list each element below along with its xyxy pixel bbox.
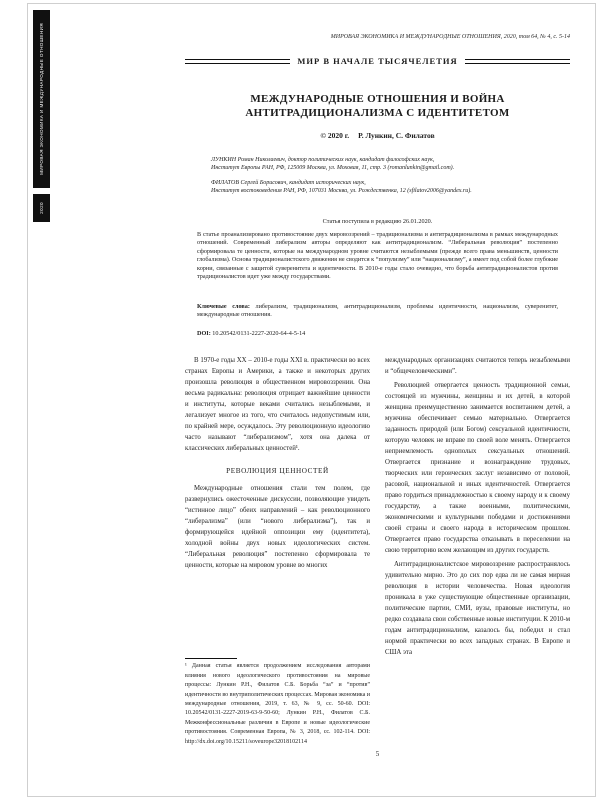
spine-title-box: МИРОВАЯ ЭКОНОМИКА И МЕЖДУНАРОДНЫЕ ОТНОШЕ… (33, 10, 50, 188)
spine-year: 2020 (39, 202, 44, 214)
body-paragraph: Международные отношения стали тем полем,… (185, 483, 370, 571)
copyright-year: © 2020 г. (320, 131, 349, 140)
title-line-2: АНТИТРАДИЦИОНАЛИЗМА С ИДЕНТИТЕТОМ (185, 106, 570, 120)
footnote-text: ¹ Данная статья является продолжением ис… (185, 662, 370, 747)
keywords-text: либерализм, традиционализм, антитрадицио… (197, 303, 558, 318)
rubric-rule-right (465, 59, 570, 64)
rubric-rule-left (185, 59, 290, 64)
article-title: МЕЖДУНАРОДНЫЕ ОТНОШЕНИЯ И ВОЙНА АНТИТРАД… (185, 92, 570, 120)
affiliations-block: ЛУНКИН Роман Николаевич, доктор политиче… (185, 156, 570, 202)
doi-label: DOI: (197, 330, 211, 337)
body-paragraph: Революцией отвергается ценность традицио… (385, 380, 570, 556)
spine-year-box: 2020 (33, 194, 50, 222)
body-paragraph: международных организациях считаются теп… (385, 355, 570, 377)
spine-journal-title: МИРОВАЯ ЭКОНОМИКА И МЕЖДУНАРОДНЫЕ ОТНОШЕ… (39, 23, 44, 175)
author-names: Р. Лункин, С. Филатов (358, 131, 434, 140)
received-note: Статья поступила в редакцию 26.01.2020. (185, 218, 570, 225)
footnote-block: ¹ Данная статья является продолжением ис… (185, 658, 370, 747)
rubric-title: МИР В НАЧАЛЕ ТЫСЯЧЕЛЕТИЯ (290, 56, 464, 66)
keywords-line: Ключевые слова: либерализм, традиционали… (197, 303, 558, 320)
affiliation-line: ЛУНКИН Роман Николаевич, доктор политиче… (211, 156, 570, 164)
left-column: В 1970-е годы XX – 2010-е годы XXI в. пр… (185, 355, 370, 747)
page-number: 5 (185, 750, 570, 758)
body-columns: В 1970-е годы XX – 2010-е годы XXI в. пр… (185, 355, 570, 747)
keywords-label: Ключевые слова: (197, 303, 250, 310)
rubric-row: МИР В НАЧАЛЕ ТЫСЯЧЕЛЕТИЯ (185, 56, 570, 66)
title-line-1: МЕЖДУНАРОДНЫЕ ОТНОШЕНИЯ И ВОЙНА (185, 92, 570, 106)
affiliation-author-1: ЛУНКИН Роман Николаевич, доктор политиче… (211, 156, 570, 172)
section-heading: РЕВОЛЮЦИЯ ЦЕННОСТЕЙ (185, 467, 370, 475)
affiliation-author-2: ФИЛАТОВ Сергей Борисович, кандидат истор… (211, 179, 570, 195)
byline: © 2020 г.Р. Лункин, С. Филатов (185, 131, 570, 140)
body-paragraph: В 1970-е годы XX – 2010-е годы XXI в. пр… (185, 355, 370, 454)
right-column: международных организациях считаются теп… (385, 355, 570, 747)
journal-spine-band: МИРОВАЯ ЭКОНОМИКА И МЕЖДУНАРОДНЫЕ ОТНОШЕ… (33, 10, 50, 222)
doi-line: DOI: 10.20542/0131-2227-2020-64-4-5-14 (197, 330, 558, 337)
scanned-journal-page: { "journal": { "running_head": "МИРОВАЯ … (0, 0, 600, 800)
footnote-separator (185, 658, 237, 659)
affiliation-line: Институт Европы РАН, РФ, 125009 Москва, … (211, 164, 570, 172)
abstract-text: В статье проанализировано противостояние… (197, 231, 558, 281)
doi-value: 10.20542/0131-2227-2020-64-4-5-14 (211, 330, 306, 337)
body-paragraph: Антитрадиционалистское мировоззрение рас… (385, 559, 570, 658)
running-head: МИРОВАЯ ЭКОНОМИКА И МЕЖДУНАРОДНЫЕ ОТНОШЕ… (185, 34, 570, 40)
affiliation-line: ФИЛАТОВ Сергей Борисович, кандидат истор… (211, 179, 570, 187)
affiliation-line: Институт востоковедения РАН, РФ, 107031 … (211, 187, 570, 195)
